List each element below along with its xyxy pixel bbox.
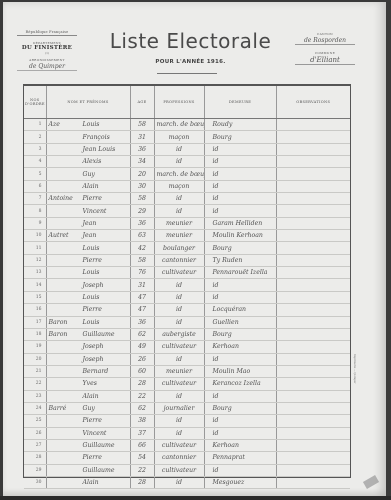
- row-age: 34: [130, 156, 154, 168]
- row-number: 28: [24, 452, 46, 464]
- row-number: 6: [24, 180, 46, 192]
- table-row: 24BarréGuy62journalierBourg: [24, 402, 350, 414]
- row-name: BaronGuillaume: [46, 328, 130, 340]
- row-number: 18: [24, 328, 46, 340]
- row-residence: id: [204, 464, 276, 476]
- row-number: 1: [24, 119, 46, 131]
- row-observations: [276, 168, 350, 180]
- row-name: Joseph: [46, 353, 130, 365]
- col-header-age: AGE: [130, 86, 154, 119]
- row-number: 10: [24, 230, 46, 242]
- table-row: 1AzeLouis58march. de bœufsRoudy: [24, 119, 350, 131]
- row-surname: Barré: [49, 405, 83, 412]
- row-residence: id: [204, 291, 276, 303]
- col-header-profession: PROFESSIONS: [154, 86, 204, 119]
- row-first-name: Alain: [83, 183, 99, 190]
- row-first-name: Guillaume: [83, 467, 115, 474]
- table-row: 14Joseph31idid: [24, 279, 350, 291]
- row-first-name: Louis: [83, 319, 100, 326]
- row-first-name: Vincent: [83, 430, 107, 437]
- canton-value: de Rosporden: [295, 37, 355, 45]
- table-row: 5Guy20march. de bœufsid: [24, 168, 350, 180]
- row-residence: Bourg: [204, 131, 276, 143]
- row-profession: id: [154, 205, 204, 217]
- row-observations: [276, 476, 350, 488]
- row-profession: id: [154, 156, 204, 168]
- row-name: François: [46, 131, 130, 143]
- department-name: DU FINISTÈRE: [17, 45, 77, 51]
- row-age: 58: [130, 254, 154, 266]
- row-name: Bernard: [46, 365, 130, 377]
- table-row: 17BaronLouis36idGuellien: [24, 316, 350, 328]
- row-name: Pierre: [46, 452, 130, 464]
- row-number: 23: [24, 390, 46, 402]
- row-observations: [276, 205, 350, 217]
- table-row: 25Pierre38idid: [24, 415, 350, 427]
- row-profession: id: [154, 279, 204, 291]
- row-observations: [276, 119, 350, 131]
- table-row: 2François31maçonBourg: [24, 131, 350, 143]
- header-right-block: CANTON de Rosporden COMMUNE d'Elliant: [295, 32, 355, 65]
- row-observations: [276, 193, 350, 205]
- row-age: 63: [130, 230, 154, 242]
- row-name: Alain: [46, 390, 130, 402]
- row-observations: [276, 143, 350, 155]
- row-residence: id: [204, 390, 276, 402]
- row-first-name: Louis: [83, 269, 100, 276]
- row-residence: id: [204, 193, 276, 205]
- row-first-name: Alexis: [83, 158, 102, 165]
- row-name: Joseph: [46, 341, 130, 353]
- arrondissement-label: ARRONDISSEMENT: [17, 58, 77, 62]
- row-residence: Moulin Kerhoan: [204, 230, 276, 242]
- row-first-name: Joseph: [83, 356, 104, 363]
- row-first-name: Guillaume: [83, 331, 115, 338]
- row-age: 38: [130, 415, 154, 427]
- table-row: 16Pierre47idLocquéran: [24, 304, 350, 316]
- row-profession: id: [154, 193, 204, 205]
- row-profession: id: [154, 353, 204, 365]
- row-name: Alain: [46, 180, 130, 192]
- row-profession: id: [154, 291, 204, 303]
- row-residence: Garam Helliden: [204, 217, 276, 229]
- row-age: 60: [130, 365, 154, 377]
- row-number: 24: [24, 402, 46, 414]
- row-residence: id: [204, 415, 276, 427]
- row-name: Pierre: [46, 415, 130, 427]
- row-first-name: Joseph: [83, 282, 104, 289]
- table-row: 28Pierre54cantonnierPennaprat: [24, 452, 350, 464]
- row-name: Louis: [46, 291, 130, 303]
- row-age: 36: [130, 143, 154, 155]
- department-sub: (1): [17, 52, 77, 55]
- row-name: AutretJean: [46, 230, 130, 242]
- row-first-name: Louis: [83, 245, 100, 252]
- row-first-name: Guillaume: [83, 442, 115, 449]
- row-profession: meunier: [154, 230, 204, 242]
- row-name: Pierre: [46, 254, 130, 266]
- row-surname: Autret: [49, 232, 83, 239]
- row-number: 20: [24, 353, 46, 365]
- row-residence: Ty Ruden: [204, 254, 276, 266]
- row-age: 62: [130, 328, 154, 340]
- row-name: AntoinePierre: [46, 193, 130, 205]
- row-residence: Moulin Mao: [204, 365, 276, 377]
- arrondissement-value: de Quimper: [17, 63, 77, 71]
- table-row: 19Joseph49cultivateurKerhoan: [24, 341, 350, 353]
- row-number: 8: [24, 205, 46, 217]
- table-row: 9Jean36meunierGaram Helliden: [24, 217, 350, 229]
- row-first-name: Joseph: [83, 343, 104, 350]
- row-residence: id: [204, 156, 276, 168]
- table-row: 22Yves28cultivateurKerancoz Izella: [24, 378, 350, 390]
- table-row: 29Guillaume22cultivateurid: [24, 464, 350, 476]
- row-residence: Mesgouez: [204, 476, 276, 488]
- row-surname: Baron: [49, 331, 83, 338]
- header-left-block: République Française DÉPARTEMENT DU FINI…: [17, 30, 77, 71]
- row-name: Guillaume: [46, 439, 130, 451]
- row-profession: march. de bœufs: [154, 119, 204, 131]
- row-residence: id: [204, 279, 276, 291]
- table-row: 8Vincent29idid: [24, 205, 350, 217]
- row-number: 5: [24, 168, 46, 180]
- row-age: 36: [130, 316, 154, 328]
- row-observations: [276, 279, 350, 291]
- commune-value: d'Elliant: [295, 56, 355, 65]
- row-number: 27: [24, 439, 46, 451]
- row-first-name: François: [83, 134, 110, 141]
- row-first-name: Pierre: [83, 257, 102, 264]
- row-residence: Roudy: [204, 119, 276, 131]
- row-profession: id: [154, 415, 204, 427]
- row-observations: [276, 180, 350, 192]
- row-first-name: Alain: [83, 393, 99, 400]
- row-observations: [276, 254, 350, 266]
- row-age: 66: [130, 439, 154, 451]
- table-row: 23Alain22idid: [24, 390, 350, 402]
- row-profession: id: [154, 304, 204, 316]
- commune-label: COMMUNE: [295, 51, 355, 55]
- row-first-name: Pierre: [83, 454, 102, 461]
- row-observations: [276, 415, 350, 427]
- row-name: Joseph: [46, 279, 130, 291]
- row-age: 47: [130, 304, 154, 316]
- table-row: 6Alain30maçonid: [24, 180, 350, 192]
- electoral-table: Nos d'ordre NOM ET PRÉNOMS AGE PROFESSIO…: [23, 84, 351, 478]
- row-name: Pierre: [46, 304, 130, 316]
- row-number: 14: [24, 279, 46, 291]
- scan-frame-edge: [0, 496, 391, 500]
- row-name: Alexis: [46, 156, 130, 168]
- row-profession: march. de bœufs: [154, 168, 204, 180]
- row-first-name: Jean Louis: [83, 146, 116, 153]
- row-age: 26: [130, 353, 154, 365]
- row-profession: meunier: [154, 217, 204, 229]
- row-first-name: Guy: [83, 405, 95, 412]
- row-age: 28: [130, 476, 154, 488]
- row-profession: journalier: [154, 402, 204, 414]
- col-header-observations: OBSERVATIONS: [276, 86, 350, 119]
- row-profession: cultivateur: [154, 341, 204, 353]
- row-age: 76: [130, 267, 154, 279]
- row-number: 7: [24, 193, 46, 205]
- row-profession: cantonnier: [154, 254, 204, 266]
- table-row: 7AntoinePierre58idid: [24, 193, 350, 205]
- row-residence: Locquéran: [204, 304, 276, 316]
- row-profession: boulanger: [154, 242, 204, 254]
- row-residence: id: [204, 143, 276, 155]
- canton-label: CANTON: [295, 32, 355, 36]
- col-header-name: NOM ET PRÉNOMS: [46, 86, 130, 119]
- row-number: 25: [24, 415, 46, 427]
- row-observations: [276, 267, 350, 279]
- row-name: BaronLouis: [46, 316, 130, 328]
- row-residence: Pennaprat: [204, 452, 276, 464]
- row-first-name: Bernard: [83, 368, 109, 375]
- col-header-residence: DEMEURE: [204, 86, 276, 119]
- row-age: 62: [130, 402, 154, 414]
- row-number: 21: [24, 365, 46, 377]
- row-observations: [276, 316, 350, 328]
- row-name: Jean: [46, 217, 130, 229]
- row-number: 9: [24, 217, 46, 229]
- row-age: 22: [130, 390, 154, 402]
- row-observations: [276, 452, 350, 464]
- page-corner-fold: [363, 475, 379, 489]
- table-header-row: Nos d'ordre NOM ET PRÉNOMS AGE PROFESSIO…: [24, 86, 350, 119]
- row-residence: Pennarouët Izella: [204, 267, 276, 279]
- table-row: 13Louis76cultivateurPennarouët Izella: [24, 267, 350, 279]
- row-first-name: Louis: [83, 294, 100, 301]
- col-header-number: Nos d'ordre: [24, 86, 46, 119]
- page-subtitle: POUR L'ANNÉE 1916.: [103, 59, 278, 65]
- row-residence: id: [204, 168, 276, 180]
- row-age: 30: [130, 180, 154, 192]
- table-row: 18BaronGuillaume62aubergisteBourg: [24, 328, 350, 340]
- row-residence: Guellien: [204, 316, 276, 328]
- row-surname: Baron: [49, 319, 83, 326]
- row-residence: Kerhoan: [204, 439, 276, 451]
- row-name: Guy: [46, 168, 130, 180]
- row-profession: aubergiste: [154, 328, 204, 340]
- row-number: 19: [24, 341, 46, 353]
- row-age: 22: [130, 464, 154, 476]
- row-name: Alain: [46, 476, 130, 488]
- row-observations: [276, 291, 350, 303]
- row-observations: [276, 353, 350, 365]
- row-age: 36: [130, 217, 154, 229]
- row-first-name: Jean: [83, 232, 97, 239]
- printer-mark: Imprimerie — Quimper: [353, 354, 356, 383]
- row-first-name: Guy: [83, 171, 95, 178]
- row-first-name: Yves: [83, 380, 97, 387]
- row-residence: id: [204, 180, 276, 192]
- row-number: 11: [24, 242, 46, 254]
- row-profession: cultivateur: [154, 439, 204, 451]
- row-first-name: Louis: [83, 121, 100, 128]
- row-profession: cultivateur: [154, 378, 204, 390]
- table-row: 26Vincent37idid: [24, 427, 350, 439]
- row-name: AzeLouis: [46, 119, 130, 131]
- row-name: Jean Louis: [46, 143, 130, 155]
- row-observations: [276, 230, 350, 242]
- row-first-name: Pierre: [83, 306, 102, 313]
- row-profession: id: [154, 390, 204, 402]
- row-residence: Bourg: [204, 242, 276, 254]
- row-first-name: Pierre: [83, 195, 102, 202]
- row-first-name: Vincent: [83, 208, 107, 215]
- row-observations: [276, 365, 350, 377]
- row-residence: Bourg: [204, 328, 276, 340]
- row-age: 54: [130, 452, 154, 464]
- table-row: 20Joseph26idid: [24, 353, 350, 365]
- row-age: 20: [130, 168, 154, 180]
- row-profession: cultivateur: [154, 464, 204, 476]
- row-observations: [276, 427, 350, 439]
- row-name: Louis: [46, 242, 130, 254]
- row-age: 49: [130, 341, 154, 353]
- row-number: 17: [24, 316, 46, 328]
- table-row: 3Jean Louis36idid: [24, 143, 350, 155]
- row-number: 3: [24, 143, 46, 155]
- row-residence: Bourg: [204, 402, 276, 414]
- row-observations: [276, 131, 350, 143]
- row-name: Vincent: [46, 427, 130, 439]
- row-observations: [276, 328, 350, 340]
- row-age: 58: [130, 119, 154, 131]
- row-observations: [276, 156, 350, 168]
- row-number: 15: [24, 291, 46, 303]
- row-observations: [276, 378, 350, 390]
- row-residence: Kerancoz Izella: [204, 378, 276, 390]
- row-observations: [276, 341, 350, 353]
- row-profession: id: [154, 316, 204, 328]
- row-surname: Antoine: [49, 195, 83, 202]
- table-row: 15Louis47idid: [24, 291, 350, 303]
- table-row: 10AutretJean63meunierMoulin Kerhoan: [24, 230, 350, 242]
- row-name: Yves: [46, 378, 130, 390]
- row-profession: meunier: [154, 365, 204, 377]
- row-observations: [276, 439, 350, 451]
- row-number: 29: [24, 464, 46, 476]
- row-residence: Kerhoan: [204, 341, 276, 353]
- table-row: 12Pierre58cantonnierTy Ruden: [24, 254, 350, 266]
- row-number: 4: [24, 156, 46, 168]
- page-title: Liste Electorale: [103, 29, 278, 53]
- row-age: 58: [130, 193, 154, 205]
- row-number: 30: [24, 476, 46, 488]
- row-observations: [276, 390, 350, 402]
- row-profession: cultivateur: [154, 267, 204, 279]
- row-first-name: Pierre: [83, 417, 102, 424]
- row-observations: [276, 242, 350, 254]
- row-name: Louis: [46, 267, 130, 279]
- table-row: 4Alexis34idid: [24, 156, 350, 168]
- row-observations: [276, 402, 350, 414]
- row-residence: id: [204, 353, 276, 365]
- row-name: BarréGuy: [46, 402, 130, 414]
- row-name: Vincent: [46, 205, 130, 217]
- row-age: 29: [130, 205, 154, 217]
- title-divider: [157, 73, 217, 74]
- row-observations: [276, 217, 350, 229]
- row-age: 37: [130, 427, 154, 439]
- row-number: 16: [24, 304, 46, 316]
- republic-label: République Française: [17, 30, 77, 36]
- row-residence: id: [204, 205, 276, 217]
- row-age: 47: [130, 291, 154, 303]
- row-age: 31: [130, 131, 154, 143]
- table-row: 11Louis42boulangerBourg: [24, 242, 350, 254]
- row-number: 26: [24, 427, 46, 439]
- row-age: 28: [130, 378, 154, 390]
- row-profession: maçon: [154, 180, 204, 192]
- row-number: 13: [24, 267, 46, 279]
- row-age: 31: [130, 279, 154, 291]
- row-observations: [276, 464, 350, 476]
- row-number: 2: [24, 131, 46, 143]
- row-profession: id: [154, 476, 204, 488]
- table-row: 30Alain28idMesgouez: [24, 476, 350, 488]
- table-row: 21Bernard60meunierMoulin Mao: [24, 365, 350, 377]
- row-residence: id: [204, 427, 276, 439]
- row-surname: Aze: [49, 121, 83, 128]
- row-observations: [276, 304, 350, 316]
- row-profession: id: [154, 143, 204, 155]
- table-row: 27Guillaume66cultivateurKerhoan: [24, 439, 350, 451]
- row-first-name: Jean: [83, 220, 97, 227]
- row-number: 12: [24, 254, 46, 266]
- row-profession: id: [154, 427, 204, 439]
- row-first-name: Alain: [83, 479, 99, 486]
- row-profession: cantonnier: [154, 452, 204, 464]
- row-profession: maçon: [154, 131, 204, 143]
- row-age: 42: [130, 242, 154, 254]
- row-number: 22: [24, 378, 46, 390]
- row-name: Guillaume: [46, 464, 130, 476]
- electoral-list-page: République Française DÉPARTEMENT DU FINI…: [3, 2, 386, 496]
